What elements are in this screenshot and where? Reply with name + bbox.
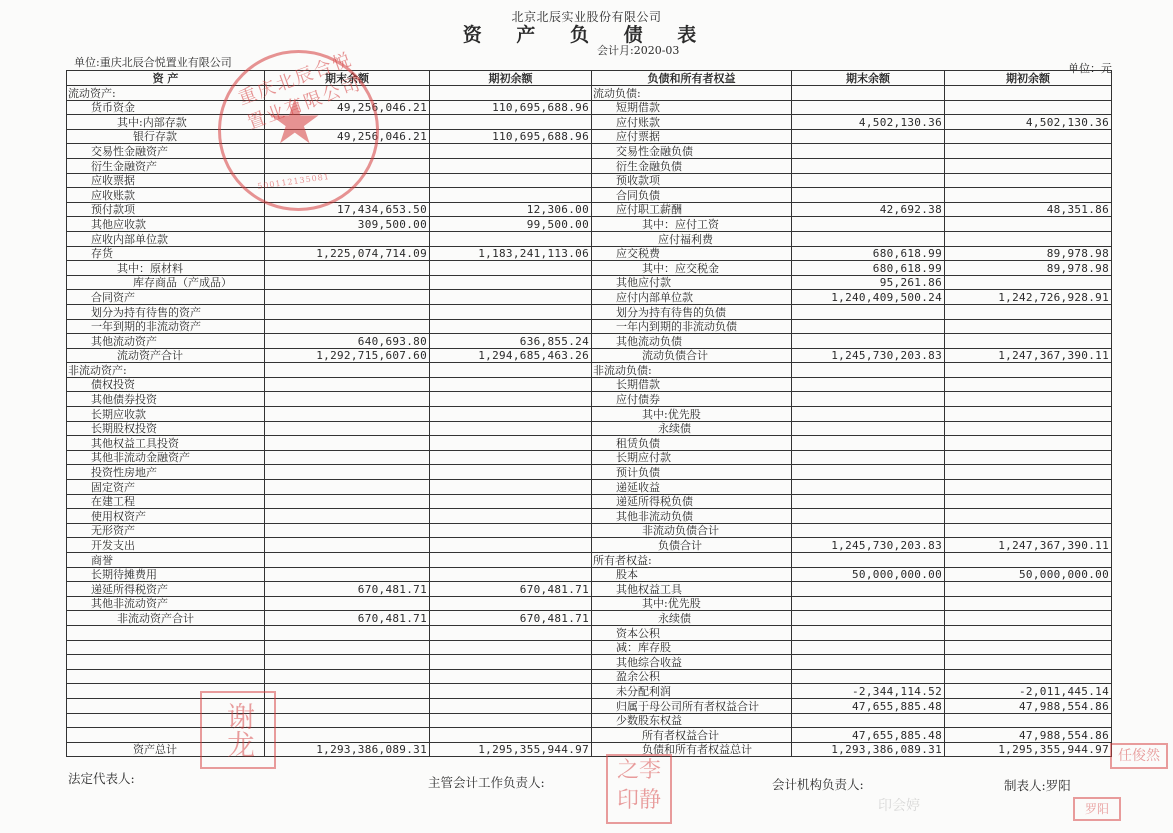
liability-end-balance — [792, 480, 945, 495]
asset-begin-balance — [430, 392, 592, 407]
liability-end-balance — [792, 421, 945, 436]
header-end-balance: 期末余额 — [265, 71, 430, 86]
liability-equity-label: 应交税费 — [592, 246, 792, 261]
asset-end-balance — [265, 596, 430, 611]
asset-begin-balance: 670,481.71 — [430, 611, 592, 626]
asset-label: 其他债券投资 — [67, 392, 265, 407]
table-row: 使用权资产其他非流动负债 — [67, 509, 1112, 524]
asset-label: 银行存款 — [67, 129, 265, 144]
asset-begin-balance — [430, 480, 592, 495]
liability-end-balance — [792, 611, 945, 626]
liability-equity-label: 交易性金融负债 — [592, 144, 792, 159]
liability-begin-balance — [945, 407, 1112, 422]
liability-begin-balance — [945, 304, 1112, 319]
asset-label: 一年到期的非流动资产 — [67, 319, 265, 334]
liability-end-balance — [792, 655, 945, 670]
table-row: 衍生金融资产衍生金融负债 — [67, 158, 1112, 173]
liability-equity-label: 资本公积 — [592, 625, 792, 640]
liability-begin-balance: 1,295,355,944.97 — [945, 742, 1112, 757]
table-row: 应收内部单位款应付福利费 — [67, 231, 1112, 246]
asset-begin-balance — [430, 465, 592, 480]
asset-end-balance — [265, 450, 430, 465]
liability-begin-balance: 89,978.98 — [945, 246, 1112, 261]
liability-begin-balance — [945, 217, 1112, 232]
liability-begin-balance — [945, 625, 1112, 640]
liability-begin-balance: 47,988,554.86 — [945, 698, 1112, 713]
asset-begin-balance — [430, 86, 592, 101]
asset-end-balance — [265, 231, 430, 246]
liability-end-balance: 1,240,409,500.24 — [792, 290, 945, 305]
asset-end-balance — [265, 728, 430, 743]
asset-end-balance — [265, 421, 430, 436]
header-end-balance-2: 期末余额 — [792, 71, 945, 86]
asset-end-balance — [265, 407, 430, 422]
asset-label — [67, 713, 265, 728]
table-row: 长期股权投资永续债 — [67, 421, 1112, 436]
liability-end-balance — [792, 144, 945, 159]
table-row: 其中:内部存款应付账款4,502,130.364,502,130.36 — [67, 115, 1112, 130]
liability-equity-label: 永续债 — [592, 611, 792, 626]
asset-label: 其中:内部存款 — [67, 115, 265, 130]
asset-label: 其他应收款 — [67, 217, 265, 232]
faint-seal-5: 印会婷 — [878, 795, 920, 815]
asset-begin-balance — [430, 538, 592, 553]
asset-end-balance: 49,256,046.21 — [265, 129, 430, 144]
asset-end-balance — [265, 465, 430, 480]
seal-stamp-3: 任俊然 — [1110, 743, 1168, 769]
liability-equity-label: 应付内部单位款 — [592, 290, 792, 305]
asset-label: 预付款项 — [67, 202, 265, 217]
liability-begin-balance — [945, 596, 1112, 611]
asset-label: 投资性房地产 — [67, 465, 265, 480]
asset-begin-balance — [430, 275, 592, 290]
liability-equity-label: 所有者权益合计 — [592, 728, 792, 743]
table-row: 一年到期的非流动资产一年内到期的非流动负债 — [67, 319, 1112, 334]
liability-equity-label: 其中：应交税金 — [592, 261, 792, 276]
asset-label: 流动资产合计 — [67, 348, 265, 363]
table-row: 资产总计1,293,386,089.311,295,355,944.97负债和所… — [67, 742, 1112, 757]
asset-begin-balance — [430, 290, 592, 305]
reporting-entity: 单位:重庆北辰合悦置业有限公司 — [74, 54, 232, 70]
asset-begin-balance: 12,306.00 — [430, 202, 592, 217]
table-row: 预付款项17,434,653.5012,306.00应付职工薪酬42,692.3… — [67, 202, 1112, 217]
liability-begin-balance — [945, 144, 1112, 159]
liability-equity-label: 非流动负债: — [592, 363, 792, 378]
table-row: 递延所得税资产670,481.71670,481.71其他权益工具 — [67, 582, 1112, 597]
asset-end-balance — [265, 304, 430, 319]
asset-label — [67, 655, 265, 670]
asset-label — [67, 669, 265, 684]
liability-end-balance — [792, 217, 945, 232]
liability-end-balance: 47,655,885.48 — [792, 728, 945, 743]
asset-begin-balance — [430, 669, 592, 684]
liability-begin-balance — [945, 377, 1112, 392]
asset-end-balance — [265, 480, 430, 495]
table-row: 库存商品（产成品）其他应付款95,261.86 — [67, 275, 1112, 290]
table-row: 固定资产递延收益 — [67, 480, 1112, 495]
asset-label — [67, 684, 265, 699]
liability-begin-balance — [945, 582, 1112, 597]
liability-equity-label: 一年内到期的非流动负债 — [592, 319, 792, 334]
liability-equity-label: 其他流动负债 — [592, 334, 792, 349]
liability-begin-balance — [945, 100, 1112, 115]
liability-equity-label: 其中:优先股 — [592, 596, 792, 611]
liability-end-balance — [792, 582, 945, 597]
asset-end-balance: 1,292,715,607.60 — [265, 348, 430, 363]
asset-label: 使用权资产 — [67, 509, 265, 524]
liability-begin-balance: 1,247,367,390.11 — [945, 538, 1112, 553]
table-row: 交易性金融资产交易性金融负债 — [67, 144, 1112, 159]
liability-equity-label: 负债合计 — [592, 538, 792, 553]
table-row: 未分配利润-2,344,114.52-2,011,445.14 — [67, 684, 1112, 699]
liability-end-balance — [792, 436, 945, 451]
header-begin-balance: 期初余额 — [430, 71, 592, 86]
asset-label: 其他非流动金融资产 — [67, 450, 265, 465]
liability-begin-balance — [945, 509, 1112, 524]
asset-label: 交易性金融资产 — [67, 144, 265, 159]
table-row: 其他权益工具投资租赁负债 — [67, 436, 1112, 451]
liability-end-balance — [792, 231, 945, 246]
asset-label: 应收内部单位款 — [67, 231, 265, 246]
liability-begin-balance: 89,978.98 — [945, 261, 1112, 276]
asset-begin-balance — [430, 231, 592, 246]
liability-end-balance — [792, 173, 945, 188]
asset-label: 开发支出 — [67, 538, 265, 553]
table-row: 其他综合收益 — [67, 655, 1112, 670]
liability-end-balance: 50,000,000.00 — [792, 567, 945, 582]
liability-begin-balance — [945, 640, 1112, 655]
asset-end-balance — [265, 509, 430, 524]
liability-begin-balance: 48,351.86 — [945, 202, 1112, 217]
table-row: 流动资产:流动负债: — [67, 86, 1112, 101]
asset-label: 衍生金融资产 — [67, 158, 265, 173]
asset-label: 其中：原材料 — [67, 261, 265, 276]
asset-begin-balance — [430, 115, 592, 130]
asset-label: 库存商品（产成品） — [67, 275, 265, 290]
asset-label — [67, 728, 265, 743]
asset-begin-balance — [430, 553, 592, 568]
asset-label — [67, 640, 265, 655]
page-title: 资 产 负 债 表 — [0, 20, 1173, 47]
liability-end-balance — [792, 304, 945, 319]
liability-equity-label: 所有者权益: — [592, 553, 792, 568]
asset-end-balance — [265, 669, 430, 684]
liability-equity-label: 流动负债合计 — [592, 348, 792, 363]
liability-end-balance — [792, 450, 945, 465]
asset-end-balance — [265, 698, 430, 713]
table-row: 其他非流动金融资产长期应付款 — [67, 450, 1112, 465]
liability-end-balance — [792, 407, 945, 422]
asset-begin-balance — [430, 407, 592, 422]
asset-end-balance — [265, 655, 430, 670]
asset-end-balance — [265, 188, 430, 203]
asset-end-balance: 1,225,074,714.09 — [265, 246, 430, 261]
liability-equity-label: 预计负债 — [592, 465, 792, 480]
liability-end-balance: 680,618.99 — [792, 261, 945, 276]
asset-begin-balance: 110,695,688.96 — [430, 129, 592, 144]
asset-begin-balance: 636,855.24 — [430, 334, 592, 349]
asset-end-balance — [265, 377, 430, 392]
asset-end-balance: 670,481.71 — [265, 611, 430, 626]
table-row: 其他应收款309,500.0099,500.00其中：应付工资 — [67, 217, 1112, 232]
asset-end-balance — [265, 115, 430, 130]
asset-begin-balance: 1,183,241,113.06 — [430, 246, 592, 261]
table-body: 流动资产:流动负债:货币资金49,256,046.21110,695,688.9… — [67, 86, 1112, 757]
asset-label: 递延所得税资产 — [67, 582, 265, 597]
table-row: 划分为持有待售的资产划分为持有待售的负债 — [67, 304, 1112, 319]
liability-equity-label: 其他非流动负债 — [592, 509, 792, 524]
asset-begin-balance: 1,295,355,944.97 — [430, 742, 592, 757]
asset-label: 其他权益工具投资 — [67, 436, 265, 451]
asset-end-balance: 640,693.80 — [265, 334, 430, 349]
liability-equity-label: 租赁负债 — [592, 436, 792, 451]
liability-begin-balance — [945, 231, 1112, 246]
asset-end-balance — [265, 144, 430, 159]
liability-equity-label: 归属于母公司所有者权益合计 — [592, 698, 792, 713]
liability-equity-label: 流动负债: — [592, 86, 792, 101]
asset-begin-balance — [430, 377, 592, 392]
asset-begin-balance — [430, 188, 592, 203]
asset-end-balance — [265, 640, 430, 655]
liability-equity-label: 其中:优先股 — [592, 407, 792, 422]
asset-label: 无形资产 — [67, 523, 265, 538]
asset-end-balance — [265, 538, 430, 553]
liability-end-balance: 680,618.99 — [792, 246, 945, 261]
liability-equity-label: 其他综合收益 — [592, 655, 792, 670]
asset-end-balance — [265, 290, 430, 305]
table-row: 长期待摊费用股本50,000,000.0050,000,000.00 — [67, 567, 1112, 582]
liability-equity-label: 预收款项 — [592, 173, 792, 188]
asset-end-balance: 1,293,386,089.31 — [265, 742, 430, 757]
liability-begin-balance — [945, 436, 1112, 451]
asset-end-balance — [265, 523, 430, 538]
liability-equity-label: 未分配利润 — [592, 684, 792, 699]
legal-representative-label: 法定代表人: — [68, 769, 135, 787]
asset-end-balance — [265, 392, 430, 407]
asset-begin-balance — [430, 304, 592, 319]
liability-begin-balance — [945, 669, 1112, 684]
table-row: 长期应收款其中:优先股 — [67, 407, 1112, 422]
asset-end-balance — [265, 436, 430, 451]
liability-begin-balance — [945, 129, 1112, 144]
seal-stamp-4: 罗阳 — [1073, 797, 1121, 821]
header-liabilities-equity: 负债和所有者权益 — [592, 71, 792, 86]
table-row: 存货1,225,074,714.091,183,241,113.06应交税费68… — [67, 246, 1112, 261]
table-row: 所有者权益合计47,655,885.4847,988,554.86 — [67, 728, 1112, 743]
asset-end-balance — [265, 684, 430, 699]
table-row: 资本公积 — [67, 625, 1112, 640]
liability-end-balance — [792, 158, 945, 173]
table-row: 应收票据预收款项 — [67, 173, 1112, 188]
liability-equity-label: 合同负债 — [592, 188, 792, 203]
liability-equity-label: 递延所得税负债 — [592, 494, 792, 509]
preparer-label: 制表人:罗阳 — [1004, 776, 1071, 794]
liability-end-balance — [792, 363, 945, 378]
asset-label: 流动资产: — [67, 86, 265, 101]
asset-begin-balance — [430, 158, 592, 173]
table-row: 商誉所有者权益: — [67, 553, 1112, 568]
liability-end-balance — [792, 392, 945, 407]
liability-begin-balance — [945, 319, 1112, 334]
asset-label — [67, 625, 265, 640]
liability-equity-label: 应付票据 — [592, 129, 792, 144]
liability-equity-label: 划分为持有待售的负债 — [592, 304, 792, 319]
liability-equity-label: 负债和所有者权益总计 — [592, 742, 792, 757]
asset-label: 债权投资 — [67, 377, 265, 392]
liability-end-balance — [792, 86, 945, 101]
liability-equity-label: 递延收益 — [592, 480, 792, 495]
asset-begin-balance: 99,500.00 — [430, 217, 592, 232]
asset-label: 其他流动资产 — [67, 334, 265, 349]
table-row: 无形资产非流动负债合计 — [67, 523, 1112, 538]
asset-begin-balance — [430, 523, 592, 538]
liability-end-balance — [792, 334, 945, 349]
liability-end-balance — [792, 465, 945, 480]
liability-equity-label: 减：库存股 — [592, 640, 792, 655]
asset-begin-balance — [430, 144, 592, 159]
liability-equity-label: 其他应付款 — [592, 275, 792, 290]
liability-end-balance: 1,245,730,203.83 — [792, 538, 945, 553]
liability-end-balance — [792, 596, 945, 611]
table-row: 货币资金49,256,046.21110,695,688.96短期借款 — [67, 100, 1112, 115]
asset-label: 资产总计 — [67, 742, 265, 757]
asset-begin-balance — [430, 509, 592, 524]
table-row: 投资性房地产预计负债 — [67, 465, 1112, 480]
liability-begin-balance: 1,242,726,928.91 — [945, 290, 1112, 305]
asset-end-balance: 309,500.00 — [265, 217, 430, 232]
liability-end-balance — [792, 625, 945, 640]
asset-begin-balance: 110,695,688.96 — [430, 100, 592, 115]
liability-begin-balance — [945, 392, 1112, 407]
asset-label: 商誉 — [67, 553, 265, 568]
liability-equity-label: 盈余公积 — [592, 669, 792, 684]
asset-end-balance — [265, 553, 430, 568]
asset-label: 非流动资产: — [67, 363, 265, 378]
asset-begin-balance — [430, 261, 592, 276]
asset-begin-balance — [430, 596, 592, 611]
asset-end-balance — [265, 173, 430, 188]
liability-end-balance — [792, 640, 945, 655]
liability-begin-balance: 1,247,367,390.11 — [945, 348, 1112, 363]
liability-end-balance — [792, 188, 945, 203]
liability-end-balance: 4,502,130.36 — [792, 115, 945, 130]
liability-equity-label: 少数股东权益 — [592, 713, 792, 728]
asset-begin-balance — [430, 640, 592, 655]
liability-begin-balance — [945, 173, 1112, 188]
liability-begin-balance — [945, 523, 1112, 538]
asset-begin-balance: 670,481.71 — [430, 582, 592, 597]
table-row: 应收账款合同负债 — [67, 188, 1112, 203]
asset-label: 应收账款 — [67, 188, 265, 203]
liability-end-balance: 1,293,386,089.31 — [792, 742, 945, 757]
liability-end-balance — [792, 129, 945, 144]
table-row: 其他流动资产640,693.80636,855.24其他流动负债 — [67, 334, 1112, 349]
asset-begin-balance — [430, 494, 592, 509]
asset-end-balance: 17,434,653.50 — [265, 202, 430, 217]
liability-begin-balance: -2,011,445.14 — [945, 684, 1112, 699]
asset-end-balance — [265, 363, 430, 378]
liability-end-balance: 95,261.86 — [792, 275, 945, 290]
liability-begin-balance: 4,502,130.36 — [945, 115, 1112, 130]
table-row: 在建工程递延所得税负债 — [67, 494, 1112, 509]
liability-begin-balance — [945, 363, 1112, 378]
liability-begin-balance: 50,000,000.00 — [945, 567, 1112, 582]
liability-begin-balance — [945, 465, 1112, 480]
asset-label: 应收票据 — [67, 173, 265, 188]
liability-equity-label: 非流动负债合计 — [592, 523, 792, 538]
table-row: 银行存款49,256,046.21110,695,688.96应付票据 — [67, 129, 1112, 144]
liability-equity-label: 长期借款 — [592, 377, 792, 392]
table-row: 开发支出负债合计1,245,730,203.831,247,367,390.11 — [67, 538, 1112, 553]
liability-end-balance — [792, 100, 945, 115]
asset-begin-balance — [430, 684, 592, 699]
asset-label: 其他非流动资产 — [67, 596, 265, 611]
asset-end-balance — [265, 275, 430, 290]
asset-label: 存货 — [67, 246, 265, 261]
asset-end-balance: 670,481.71 — [265, 582, 430, 597]
table-row: 流动资产合计1,292,715,607.601,294,685,463.26流动… — [67, 348, 1112, 363]
asset-label: 在建工程 — [67, 494, 265, 509]
header-begin-balance-2: 期初余额 — [945, 71, 1112, 86]
liability-begin-balance — [945, 334, 1112, 349]
liability-begin-balance — [945, 480, 1112, 495]
liability-equity-label: 其他权益工具 — [592, 582, 792, 597]
liability-end-balance — [792, 713, 945, 728]
asset-end-balance — [265, 494, 430, 509]
liability-begin-balance — [945, 188, 1112, 203]
asset-begin-balance — [430, 436, 592, 451]
liability-end-balance — [792, 669, 945, 684]
asset-begin-balance — [430, 728, 592, 743]
table-row: 非流动资产:非流动负债: — [67, 363, 1112, 378]
asset-end-balance — [265, 86, 430, 101]
liability-begin-balance — [945, 553, 1112, 568]
table-row: 合同资产应付内部单位款1,240,409,500.241,242,726,928… — [67, 290, 1112, 305]
liability-equity-label: 其中：应付工资 — [592, 217, 792, 232]
liability-equity-label: 短期借款 — [592, 100, 792, 115]
asset-end-balance — [265, 625, 430, 640]
liability-begin-balance — [945, 713, 1112, 728]
liability-end-balance — [792, 494, 945, 509]
asset-label: 货币资金 — [67, 100, 265, 115]
table-row: 债权投资长期借款 — [67, 377, 1112, 392]
asset-label — [67, 698, 265, 713]
asset-end-balance: 49,256,046.21 — [265, 100, 430, 115]
seal-stamp-2: 之李印静 — [606, 754, 672, 824]
liability-end-balance: -2,344,114.52 — [792, 684, 945, 699]
asset-begin-balance — [430, 625, 592, 640]
liability-end-balance — [792, 553, 945, 568]
asset-begin-balance — [430, 421, 592, 436]
table-row: 其中：原材料其中：应交税金680,618.9989,978.98 — [67, 261, 1112, 276]
balance-sheet-table: 资 产 期末余额 期初余额 负债和所有者权益 期末余额 期初余额 流动资产:流动… — [66, 70, 1112, 757]
asset-end-balance — [265, 319, 430, 334]
liability-end-balance — [792, 509, 945, 524]
table-row: 归属于母公司所有者权益合计47,655,885.4847,988,554.86 — [67, 698, 1112, 713]
asset-label: 长期待摊费用 — [67, 567, 265, 582]
liability-equity-label: 应付福利费 — [592, 231, 792, 246]
asset-label: 非流动资产合计 — [67, 611, 265, 626]
asset-label: 划分为持有待售的资产 — [67, 304, 265, 319]
accounting-head-label: 会计机构负责人: — [772, 775, 864, 793]
liability-end-balance — [792, 523, 945, 538]
liability-begin-balance — [945, 611, 1112, 626]
asset-begin-balance: 1,294,685,463.26 — [430, 348, 592, 363]
asset-begin-balance — [430, 363, 592, 378]
liability-end-balance: 1,245,730,203.83 — [792, 348, 945, 363]
asset-begin-balance — [430, 319, 592, 334]
liability-equity-label: 长期应付款 — [592, 450, 792, 465]
